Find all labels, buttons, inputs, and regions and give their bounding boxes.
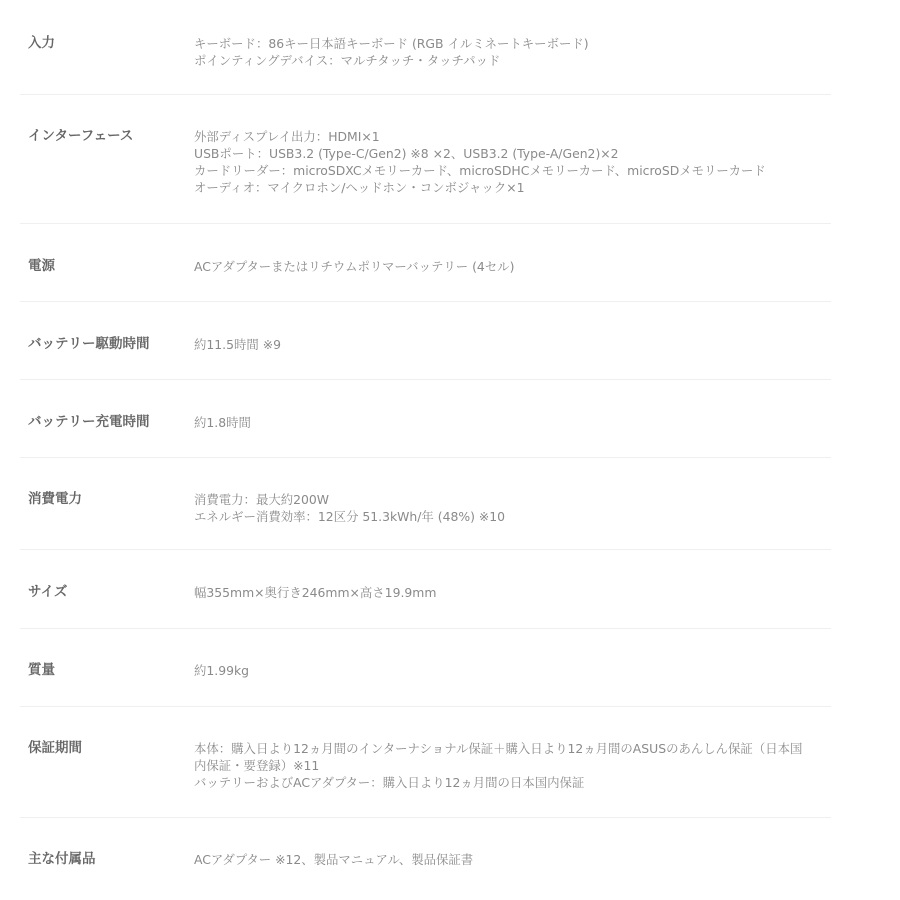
spec-row-warranty: 保証期間 本体：購入日より12ヵ月間のインターナショナル保証＋購入日より12ヵ月… [20,707,831,818]
spec-row-power-consumption: 消費電力 消費電力：最大約200W エネルギー消費効率：12区分 51.3kWh… [20,458,831,550]
spec-value-line: キーボード：86キー日本語キーボード (RGB イルミネートキーボード) [194,35,821,52]
spec-value-line: バッテリーおよびACアダプター：購入日より12ヵ月間の日本国内保証 [194,774,813,791]
spec-value-line: ACアダプターまたはリチウムポリマーバッテリー (4セル) [194,258,821,275]
spec-value-line: 約1.8時間 [194,414,821,431]
spec-value: 外部ディスプレイ出力：HDMI×1 USBポート：USB3.2 (Type-C/… [194,128,831,196]
spec-label: 質量 [20,662,194,679]
spec-label: 電源 [20,258,194,275]
spec-label: インターフェース [20,128,194,145]
spec-label: サイズ [20,584,194,601]
spec-value: 約11.5時間 ※9 [194,336,831,353]
spec-value: 約1.8時間 [194,414,831,431]
spec-row-size: サイズ 幅355mm×奥行き246mm×高さ19.9mm [20,550,831,629]
spec-value: 約1.99kg [194,662,831,679]
spec-value: 消費電力：最大約200W エネルギー消費効率：12区分 51.3kWh/年 (4… [194,491,831,525]
spec-value: 本体：購入日より12ヵ月間のインターナショナル保証＋購入日より12ヵ月間のASU… [194,740,831,791]
spec-label: 入力 [20,35,194,52]
spec-value-line: エネルギー消費効率：12区分 51.3kWh/年 (48%) ※10 [194,508,821,525]
spec-label: 消費電力 [20,491,194,508]
spec-value-line: 本体：購入日より12ヵ月間のインターナショナル保証＋購入日より12ヵ月間のASU… [194,740,813,774]
spec-value-line: 約1.99kg [194,662,821,679]
spec-value-line: ポインティングデバイス：マルチタッチ・タッチパッド [194,52,821,69]
spec-label: バッテリー充電時間 [20,414,194,431]
spec-value-line: 幅355mm×奥行き246mm×高さ19.9mm [194,584,821,601]
spec-row-interface: インターフェース 外部ディスプレイ出力：HDMI×1 USBポート：USB3.2… [20,95,831,224]
spec-row-accessories: 主な付属品 ACアダプター ※12、製品マニュアル、製品保証書 [20,818,831,900]
spec-row-input: 入力 キーボード：86キー日本語キーボード (RGB イルミネートキーボード) … [20,0,831,95]
spec-value-line: オーディオ：マイクロホン/ヘッドホン・コンボジャック×1 [194,179,821,196]
spec-value: ACアダプターまたはリチウムポリマーバッテリー (4セル) [194,258,831,275]
spec-table: 入力 キーボード：86キー日本語キーボード (RGB イルミネートキーボード) … [20,0,831,900]
spec-row-weight: 質量 約1.99kg [20,629,831,707]
spec-value: 幅355mm×奥行き246mm×高さ19.9mm [194,584,831,601]
spec-value-line: 約11.5時間 ※9 [194,336,821,353]
spec-row-power-source: 電源 ACアダプターまたはリチウムポリマーバッテリー (4セル) [20,224,831,302]
spec-row-battery-life: バッテリー駆動時間 約11.5時間 ※9 [20,302,831,380]
spec-row-charge-time: バッテリー充電時間 約1.8時間 [20,380,831,458]
spec-value: キーボード：86キー日本語キーボード (RGB イルミネートキーボード) ポイン… [194,35,831,69]
spec-value-line: ACアダプター ※12、製品マニュアル、製品保証書 [194,851,821,868]
spec-label: 保証期間 [20,740,194,757]
spec-label: 主な付属品 [20,851,194,868]
spec-value-line: 消費電力：最大約200W [194,491,821,508]
spec-value-line: カードリーダー：microSDXCメモリーカード、microSDHCメモリーカー… [194,162,821,179]
spec-value: ACアダプター ※12、製品マニュアル、製品保証書 [194,851,831,868]
spec-value-line: 外部ディスプレイ出力：HDMI×1 [194,128,821,145]
spec-label: バッテリー駆動時間 [20,336,194,353]
spec-value-line: USBポート：USB3.2 (Type-C/Gen2) ※8 ×2、USB3.2… [194,145,821,162]
